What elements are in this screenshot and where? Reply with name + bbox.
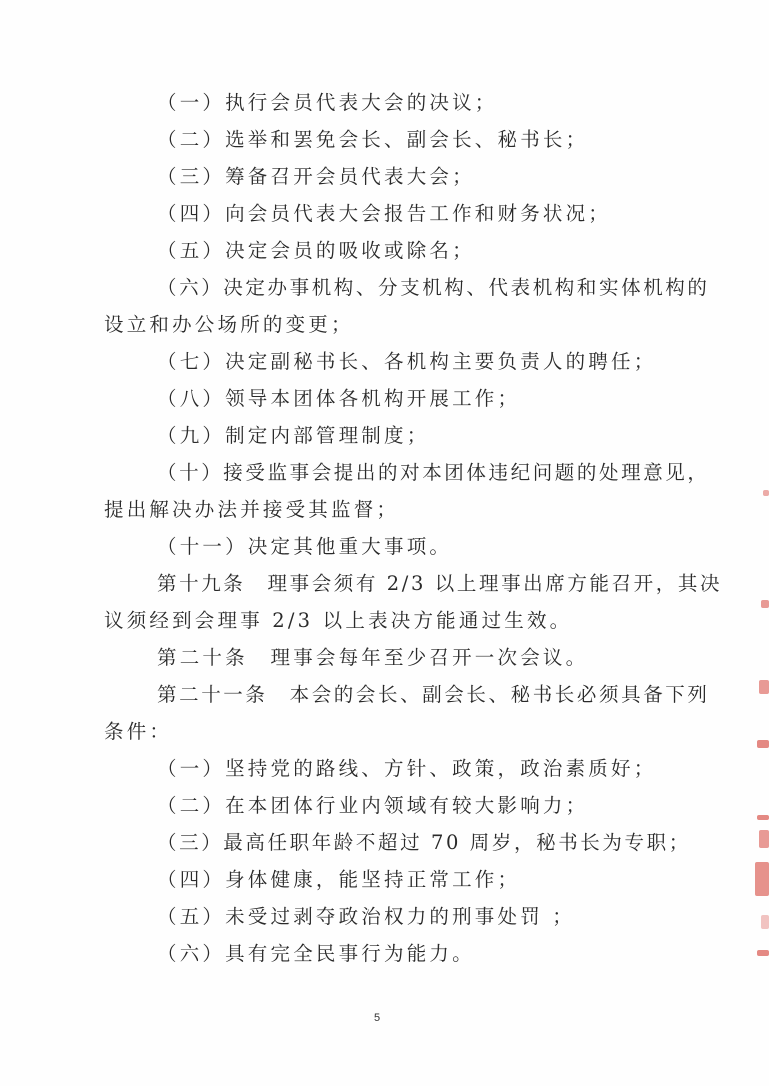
article-21-continued: 条件： — [104, 720, 172, 744]
clause-item-6: （六）决定办事机构、分支机构、代表机构和实体机构的 — [157, 276, 710, 300]
document-page: （一）执行会员代表大会的决议； （二）选举和罢免会长、副会长、秘书长； （三）筹… — [0, 0, 769, 1086]
clause-item-3: （三）筹备召开会员代表大会； — [157, 165, 475, 189]
page-number: 5 — [374, 1012, 380, 1024]
stamp-fragment — [757, 740, 769, 748]
stamp-fragment — [757, 950, 769, 956]
article-21: 第二十一条 本会的会长、副会长、秘书长必须具备下列 — [157, 683, 710, 707]
clause-item-2: （二）选举和罢免会长、副会长、秘书长； — [157, 128, 588, 152]
clause-item-5: （五）决定会员的吸收或除名； — [157, 239, 475, 263]
stamp-fragment — [757, 815, 769, 820]
clause-item-7: （七）决定副秘书长、各机构主要负责人的聘任； — [157, 350, 656, 374]
clause-item-10: （十）接受监事会提出的对本团体违纪问题的处理意见， — [157, 461, 710, 485]
condition-item-6: （六）具有完全民事行为能力。 — [157, 942, 475, 966]
clause-item-9: （九）制定内部管理制度； — [157, 424, 429, 448]
condition-item-5: （五）未受过剥夺政治权力的刑事处罚 ； — [157, 905, 575, 929]
condition-item-2: （二）在本团体行业内领域有较大影响力； — [157, 794, 588, 818]
clause-item-6-continued: 设立和办公场所的变更； — [104, 313, 354, 337]
article-19-continued: 议须经到会理事 2/3 以上表决方能通过生效。 — [104, 609, 572, 633]
clause-item-11: （十一）决定其他重大事项。 — [157, 535, 452, 559]
condition-item-3: （三）最高任职年龄不超过 70 周岁，秘书长为专职； — [157, 831, 691, 855]
stamp-fragment — [761, 600, 769, 608]
stamp-fragment — [755, 862, 769, 896]
clause-item-10-continued: 提出解决办法并接受其监督； — [104, 498, 399, 522]
stamp-fragment — [763, 490, 769, 496]
stamp-fragment — [759, 680, 769, 694]
article-20: 第二十条 理事会每年至少召开一次会议。 — [157, 646, 588, 670]
clause-item-8: （八）领导本团体各机构开展工作； — [157, 387, 520, 411]
condition-item-1: （一）坚持党的路线、方针、政策，政治素质好； — [157, 757, 656, 781]
article-19: 第十九条 理事会须有 2/3 以上理事出席方能召开，其决 — [157, 572, 722, 596]
clause-item-1: （一）执行会员代表大会的决议； — [157, 91, 498, 115]
clause-item-4: （四）向会员代表大会报告工作和财务状况； — [157, 202, 611, 226]
stamp-fragment — [759, 830, 769, 848]
stamp-fragment — [761, 915, 769, 929]
condition-item-4: （四）身体健康，能坚持正常工作； — [157, 868, 520, 892]
